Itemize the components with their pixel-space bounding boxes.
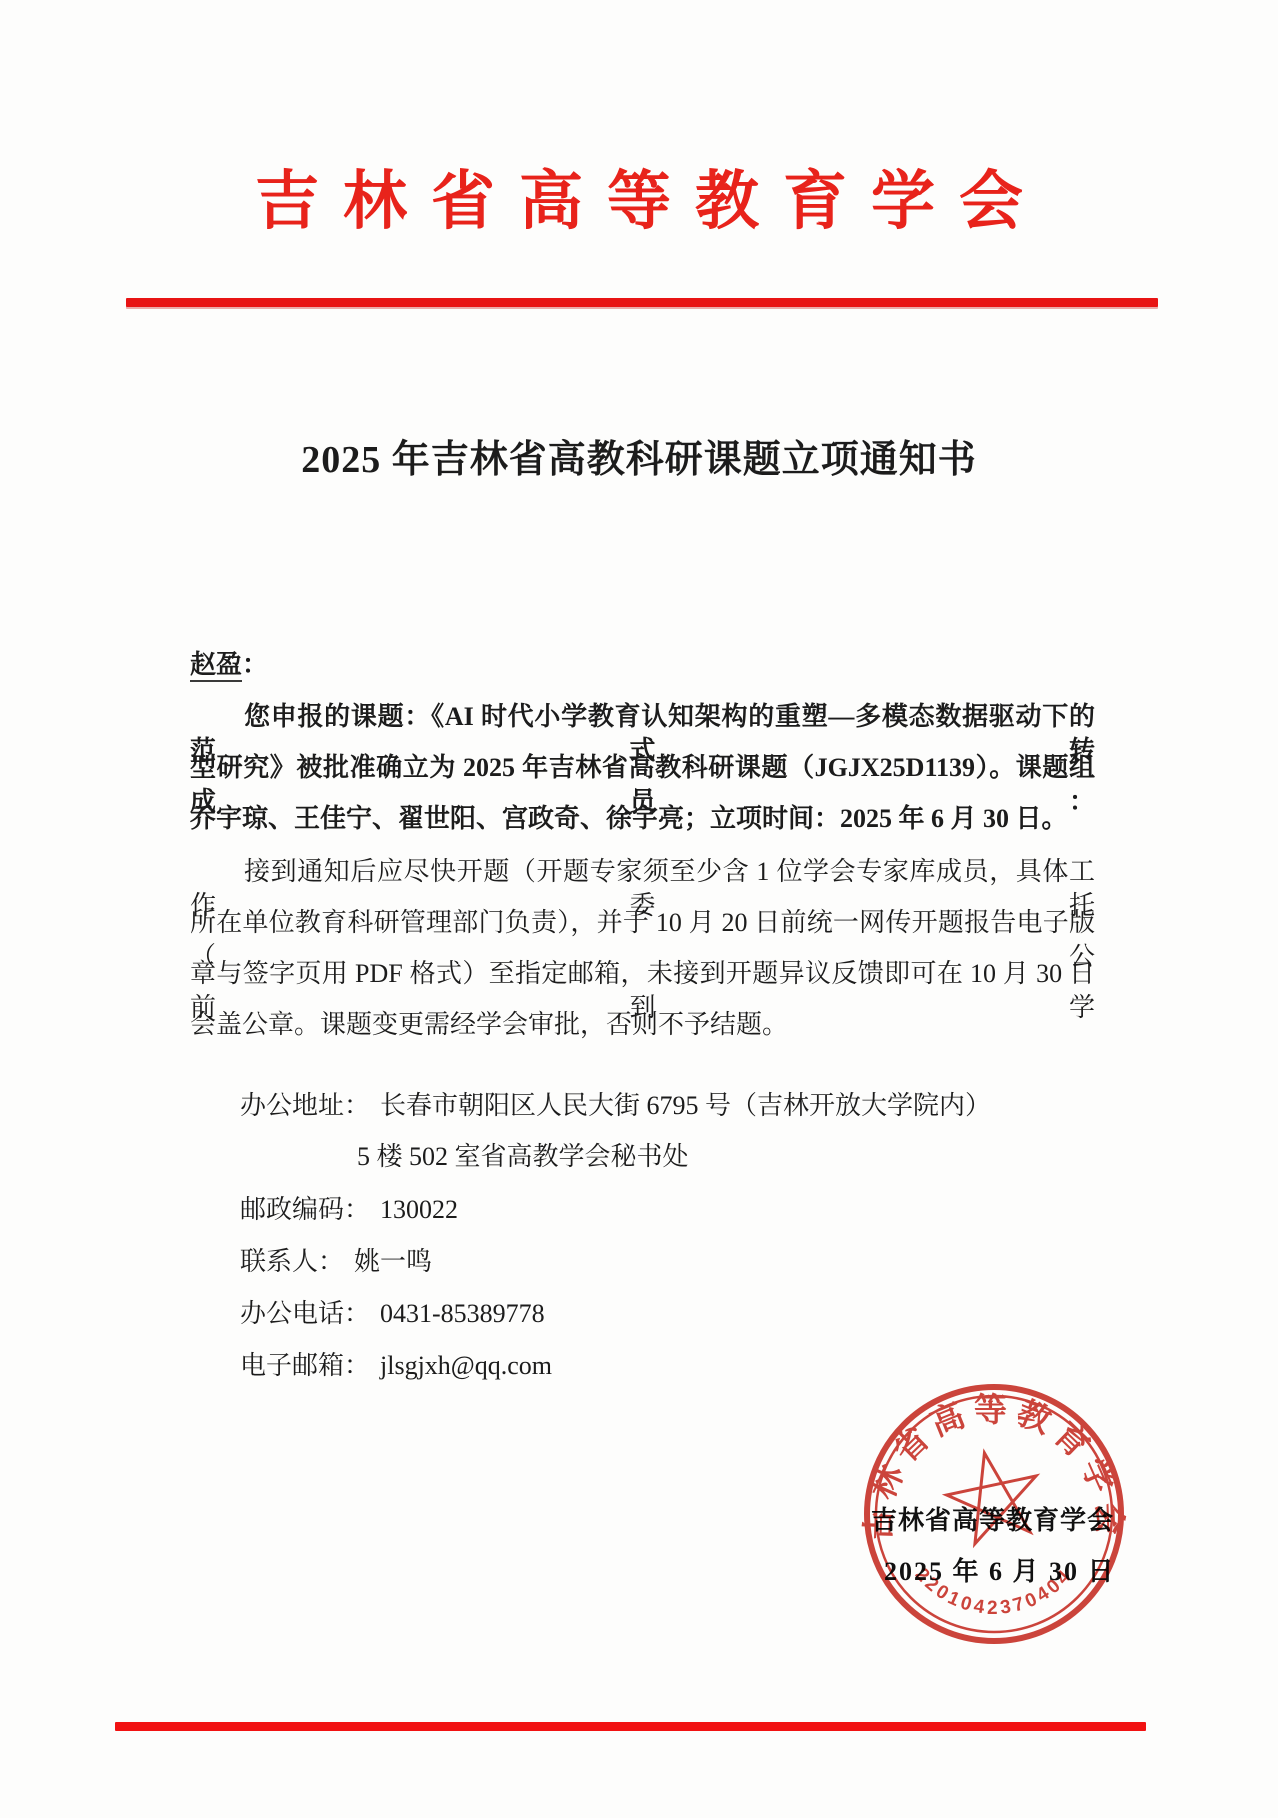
recipient-line: 赵盈：: [190, 648, 1095, 682]
contact-value: 5 楼 502 室省高教学会秘书处: [357, 1142, 689, 1171]
contact-label: 邮政编码：: [240, 1195, 370, 1224]
contact-person: 联系人：姚一鸣: [240, 1241, 432, 1278]
official-seal: 吉林省高等教育学会 2201042370404: [858, 1378, 1130, 1650]
document-title: 2025 年吉林省高教科研课题立项通知书: [0, 438, 1278, 484]
contact-email: 电子邮箱：jlsgjxh@qq.com: [240, 1345, 552, 1382]
contact-office-address: 办公地址：长春市朝阳区人民大街 6795 号（吉林开放大学院内）: [240, 1085, 991, 1122]
star-icon: [940, 1444, 1047, 1548]
letterhead-divider-line: [126, 298, 1158, 307]
footer-divider-line: [115, 1722, 1146, 1731]
contact-label: 办公电话：: [240, 1299, 370, 1328]
recipient-name: 赵盈: [190, 650, 242, 682]
seal-serial-number: 2201042370404: [911, 1564, 1077, 1619]
paragraph-2-line-4: 会盖公章。课题变更需经学会审批，否则不予结题。: [190, 1008, 1095, 1042]
paragraph-1-line-3: 乔宇琼、王佳宁、翟世阳、宫政奇、徐宇亮；立项时间：2025 年 6 月 30 日…: [190, 802, 1095, 836]
contact-address-line-2: 5 楼 502 室省高教学会秘书处: [357, 1136, 689, 1173]
notice-document-page: 吉林省高等教育学会 2025 年吉林省高教科研课题立项通知书 赵盈： 您申报的课…: [0, 0, 1278, 1818]
contact-postal-code: 邮政编码：130022: [240, 1189, 458, 1226]
contact-value: 姚一鸣: [354, 1247, 432, 1276]
contact-label: 电子邮箱：: [240, 1351, 370, 1380]
contact-value: 130022: [380, 1195, 458, 1224]
recipient-colon: ：: [242, 650, 268, 679]
letterhead-org-title: 吉林省高等教育学会: [0, 170, 1278, 234]
contact-label: 联系人：: [240, 1247, 344, 1276]
contact-value: 长春市朝阳区人民大街 6795 号（吉林开放大学院内）: [380, 1091, 991, 1120]
contact-value: 0431-85389778: [380, 1299, 545, 1328]
contact-phone: 办公电话：0431-85389778: [240, 1293, 545, 1330]
contact-label: 办公地址：: [240, 1091, 370, 1120]
contact-value: jlsgjxh@qq.com: [380, 1351, 552, 1380]
